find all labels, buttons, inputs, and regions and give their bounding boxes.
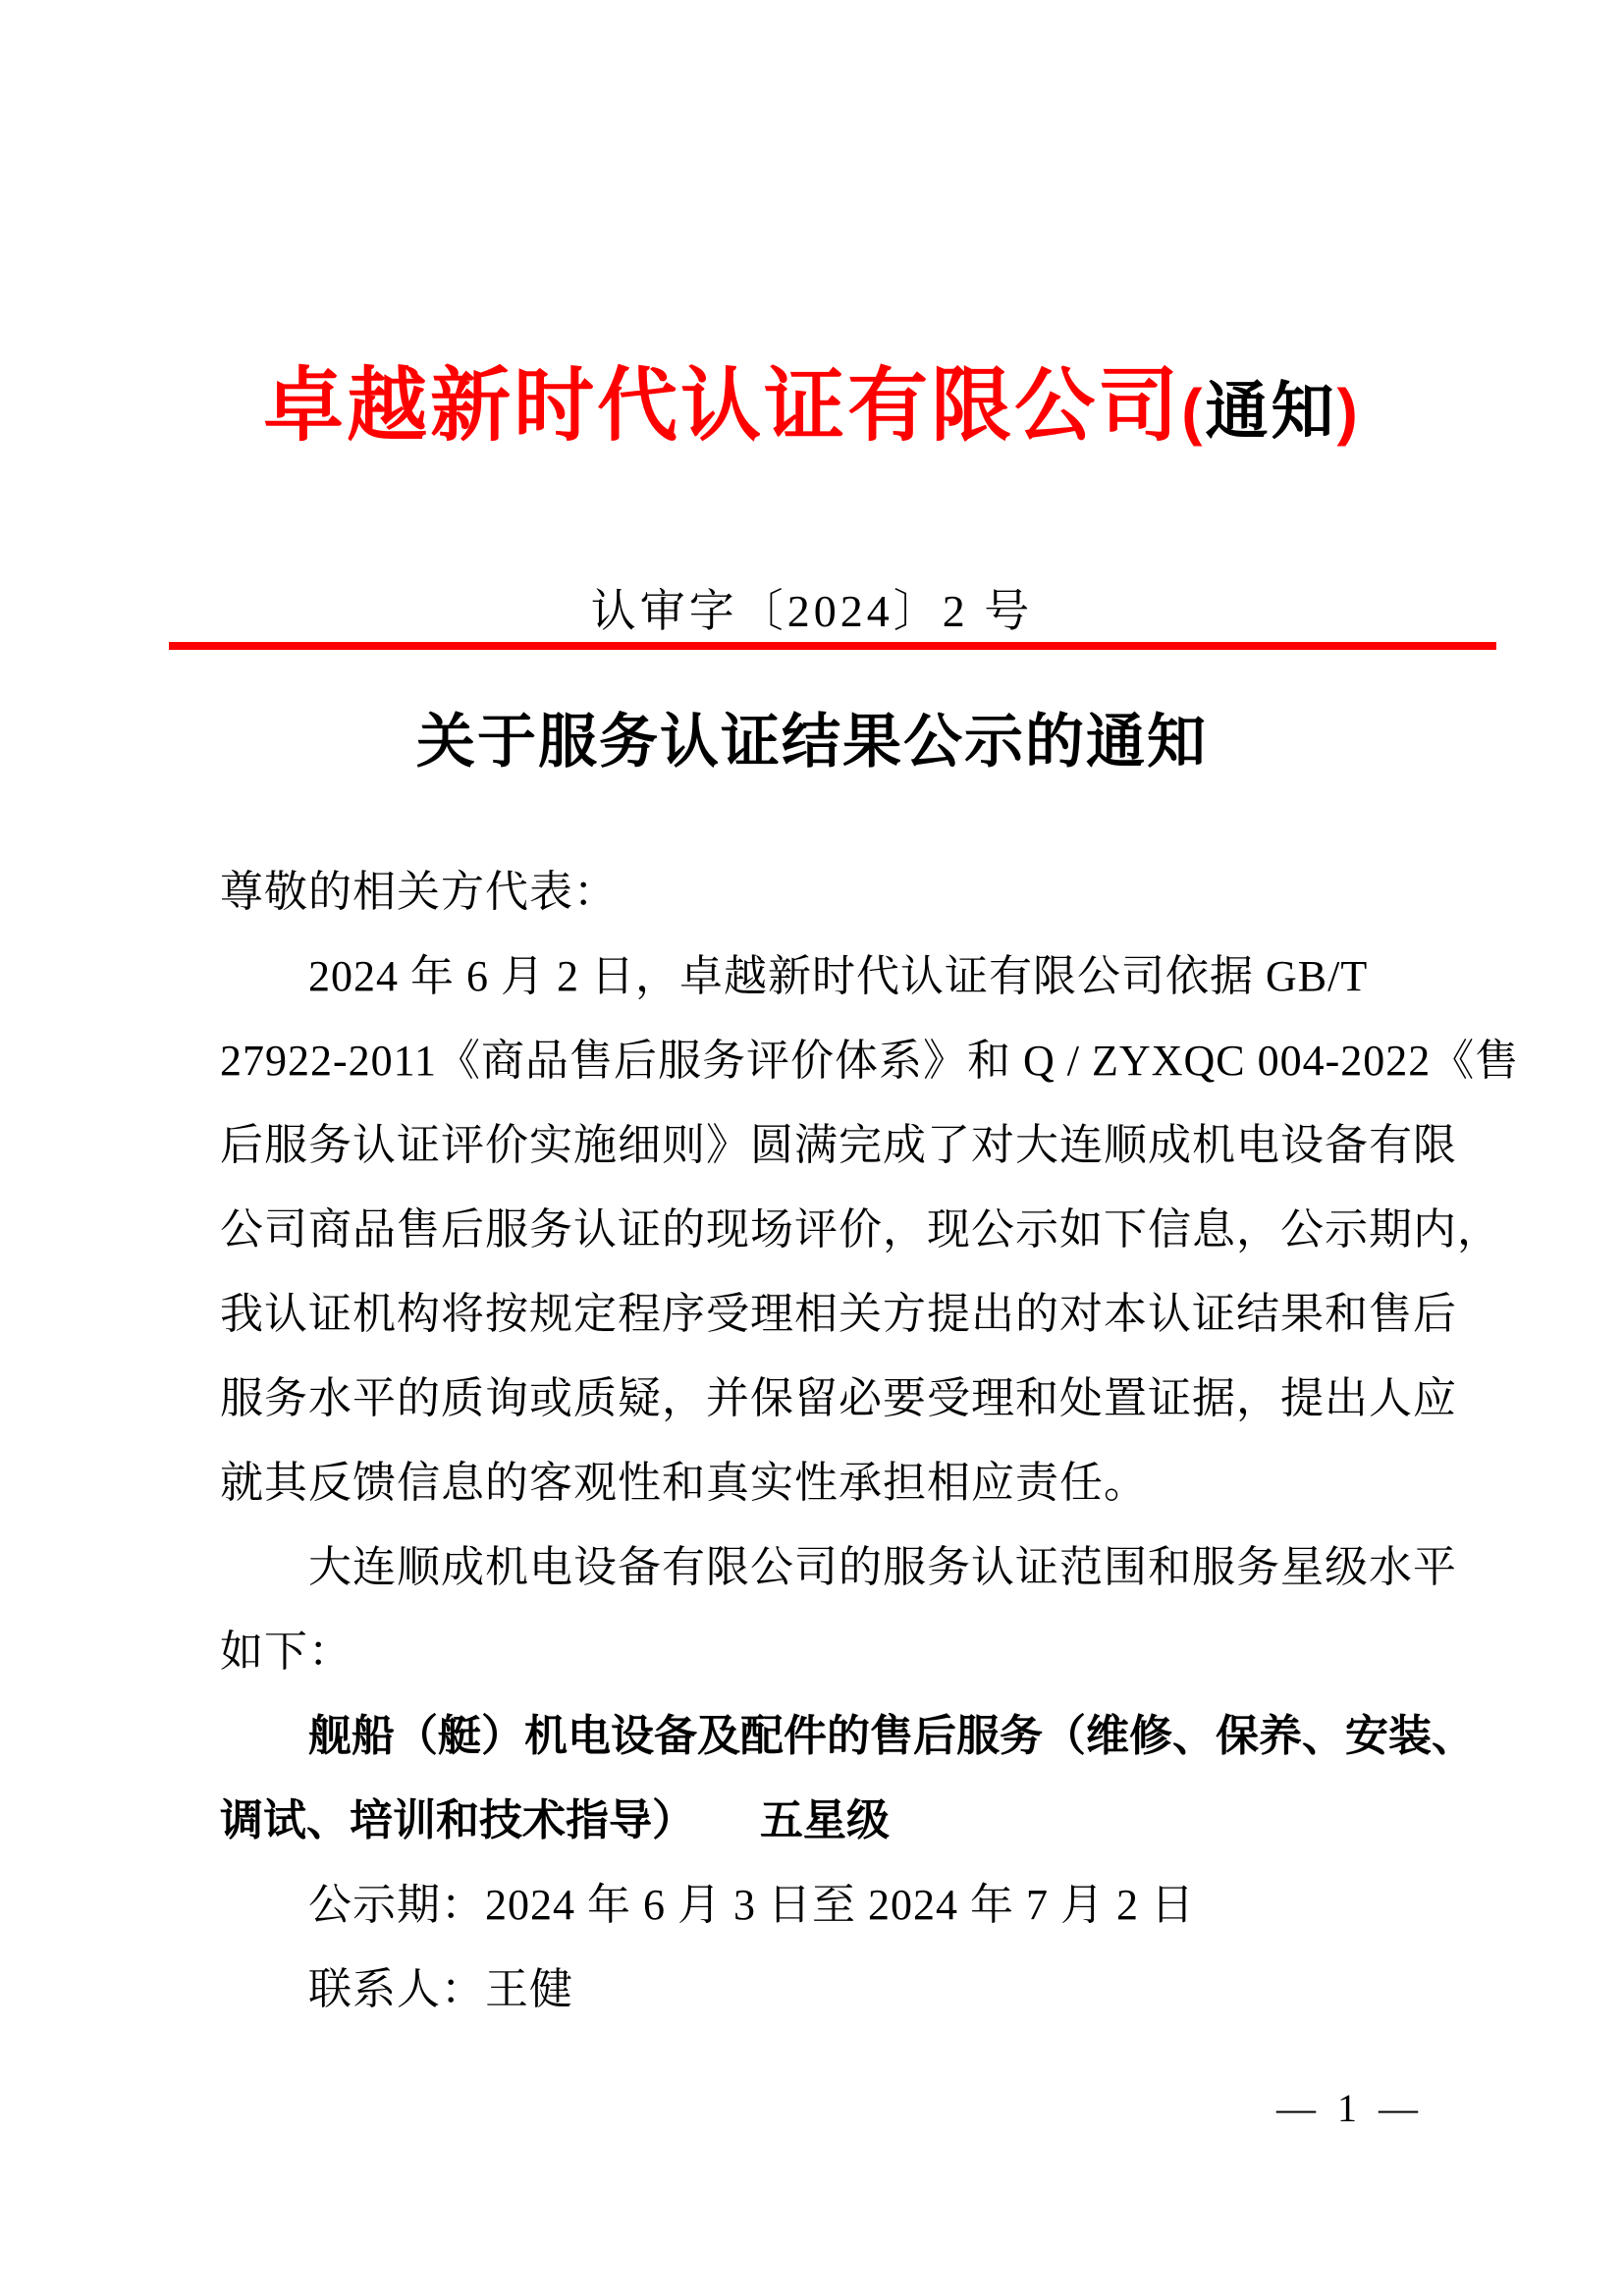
- notice-heading: 关于服务认证结果公示的通知: [0, 695, 1624, 779]
- body-line: 公示期：2024 年 6 月 3 日至 2024 年 7 月 2 日: [220, 1863, 1424, 1948]
- title-paren-open: (: [1181, 376, 1205, 447]
- body-lines: 尊敬的相关方代表：2024 年 6 月 2 日，卓越新时代认证有限公司依据 GB…: [220, 850, 1424, 2032]
- org-title-main: 卓越新时代认证有限公司: [263, 361, 1181, 451]
- body-line: 公司商品售后服务认证的现场评价，现公示如下信息，公示期内，: [220, 1188, 1424, 1272]
- org-title: 卓越新时代认证有限公司(通知): [0, 342, 1624, 456]
- body-line: 27922-2011《商品售后服务评价体系》和 Q / ZYXQC 004-20…: [220, 1019, 1424, 1103]
- body-line: 服务水平的质询或质疑，并保留必要受理和处置证据，提出人应: [220, 1357, 1424, 1441]
- body-line: 2024 年 6 月 2 日，卓越新时代认证有限公司依据 GB/T: [220, 934, 1424, 1019]
- document-page: 卓越新时代认证有限公司(通知) 认审字〔2024〕2 号 关于服务认证结果公示的…: [0, 0, 1624, 2296]
- title-paren-text: 通知: [1206, 376, 1337, 447]
- body-line: 尊敬的相关方代表：: [220, 850, 1424, 934]
- body-line: 如下：: [220, 1610, 1424, 1694]
- body-line: 我认证机构将按规定程序受理相关方提出的对本认证结果和售后: [220, 1272, 1424, 1357]
- body-line: 舰船（艇）机电设备及配件的售后服务（维修、保养、安装、: [220, 1694, 1424, 1779]
- body-line: 后服务认证评价实施细则》圆满完成了对大连顺成机电设备有限: [220, 1103, 1424, 1188]
- body-line: 联系人：王健: [220, 1948, 1424, 2032]
- body-line: 就其反馈信息的客观性和真实性承担相应责任。: [220, 1441, 1424, 1525]
- body-line: 调试、培训和技术指导） 五星级: [220, 1779, 1424, 1863]
- title-paren-close: ): [1337, 376, 1361, 447]
- doc-number: 认审字〔2024〕2 号: [0, 575, 1624, 640]
- body-line: 大连顺成机电设备有限公司的服务认证范围和服务星级水平: [220, 1525, 1424, 1610]
- red-divider-line: [169, 642, 1496, 650]
- footer-page-number: — 1 —: [220, 2085, 1424, 2131]
